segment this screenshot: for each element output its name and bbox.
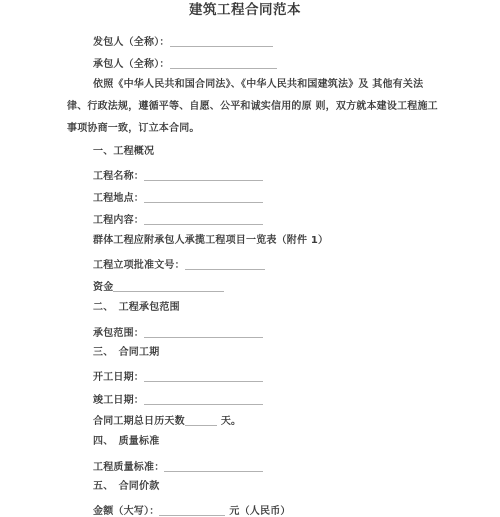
start-date-field: 开工日期： — [93, 369, 263, 384]
section-heading-quality: 四、 质量标准 — [93, 436, 159, 448]
start-date-label: 开工日期： — [93, 372, 144, 383]
total-days-blank-line — [185, 415, 217, 426]
contractor-blank-line — [170, 58, 277, 69]
amount-label: 金额（大写）： — [93, 506, 159, 517]
section-heading-price: 五、 合同价款 — [93, 481, 159, 493]
section-heading-overview: 一、工程概况 — [93, 146, 154, 158]
approval-doc-blank-line — [185, 259, 265, 270]
quality-standard-blank-line — [164, 461, 263, 472]
funds-label: 资金 — [93, 282, 113, 293]
project-content-field: 工程内容： — [93, 212, 263, 227]
project-site-label: 工程地点： — [93, 193, 144, 204]
project-site-blank-line — [144, 192, 263, 203]
section-heading-duration: 三、 合同工期 — [93, 347, 159, 359]
contractor-field: 承包人（全称）： — [93, 56, 277, 71]
approval-doc-field: 工程立项批准文号： — [93, 257, 265, 272]
project-content-label: 工程内容： — [93, 215, 144, 226]
employer-field: 发包人（全称）： — [93, 34, 273, 49]
project-name-field: 工程名称： — [93, 168, 263, 183]
funds-blank-line — [113, 281, 224, 292]
project-name-blank-line — [144, 170, 263, 181]
total-days-prefix: 合同工期总日历天数 — [93, 416, 185, 427]
quality-standard-field: 工程质量标准： — [93, 459, 263, 474]
project-site-field: 工程地点： — [93, 190, 263, 205]
project-name-label: 工程名称： — [93, 171, 144, 182]
scope-label: 承包范围： — [93, 328, 144, 339]
document-title: 建筑工程合同范本 — [0, 0, 490, 18]
completion-date-field: 竣工日期： — [93, 392, 263, 407]
employer-blank-line — [170, 36, 273, 47]
amount-blank-line — [159, 505, 225, 516]
total-days-suffix: 天。 — [221, 416, 241, 427]
scope-field: 承包范围： — [93, 325, 263, 340]
start-date-blank-line — [144, 371, 263, 382]
quality-standard-label: 工程质量标准： — [93, 462, 164, 473]
amount-suffix: 元（人民币） — [229, 506, 290, 517]
section-heading-scope: 二、 工程承包范围 — [93, 302, 180, 314]
group-project-note: 群体工程应附承包人承揽工程项目一览表（附件 1） — [93, 235, 328, 247]
scope-blank-line — [144, 327, 263, 338]
contract-document-page: 建筑工程合同范本 发包人（全称）： 承包人（全称）： 依照《中华人民共和国合同法… — [0, 0, 500, 517]
employer-label: 发包人（全称）： — [93, 37, 170, 48]
total-days-field: 合同工期总日历天数天。 — [93, 413, 241, 428]
approval-doc-label: 工程立项批准文号： — [93, 260, 185, 271]
preamble-line-1: 依照《中华人民共和国合同法》、《中华人民共和国建筑法》及 其他有关法 — [93, 79, 423, 91]
amount-field: 金额（大写）：元（人民币） — [93, 503, 291, 517]
completion-date-blank-line — [144, 394, 263, 405]
contractor-label: 承包人（全称）： — [93, 59, 170, 70]
preamble-line-2: 律、行政法规，遵循平等、自愿、公平和诚实信用的原 则，双方就本建设工程施工 — [67, 101, 438, 113]
completion-date-label: 竣工日期： — [93, 395, 144, 406]
project-content-blank-line — [144, 214, 263, 225]
funds-field: 资金 — [93, 279, 224, 294]
preamble-line-3: 事项协商一致，订立本合同。 — [67, 123, 200, 135]
